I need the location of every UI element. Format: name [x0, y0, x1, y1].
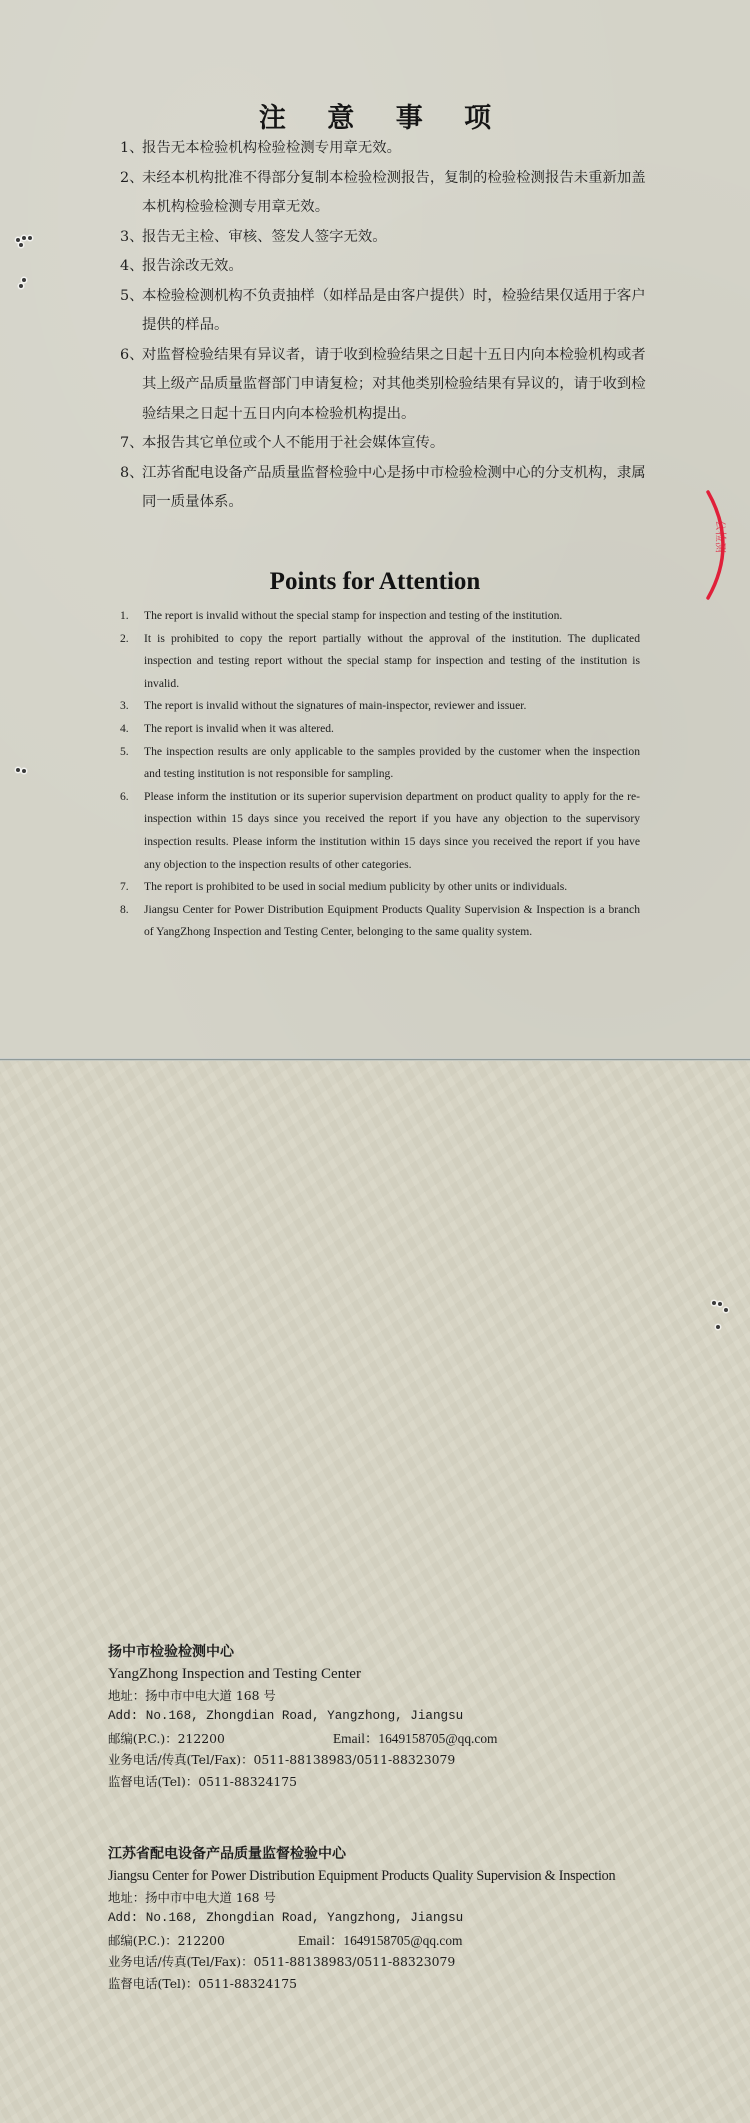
address-cn: 地址：扬中市中电大道 168 号 [108, 1887, 728, 1908]
notice-item-cn: 5、本检验检测机构不负责抽样（如样品是由客户提供）时，检验结果仅适用于客户提供的… [120, 282, 650, 341]
notice-item-cn: 7、本报告其它单位或个人不能用于社会媒体宣传。 [120, 429, 650, 459]
item-text: Jiangsu Center for Power Distribution Eq… [144, 903, 640, 939]
item-text: The report is invalid without the signat… [144, 699, 526, 712]
item-text: 报告无本检验机构检验检测专用章无效。 [142, 140, 401, 156]
item-text: The inspection results are only applicab… [144, 745, 640, 781]
address-en: Add: No.168, Zhongdian Road, Yangzhong, … [108, 1706, 728, 1727]
address-en: Add: No.168, Zhongdian Road, Yangzhong, … [108, 1908, 728, 1929]
supervision-tel: 监督电话(Tel)：0511-88324175 [108, 1771, 728, 1792]
contact-block-yangzhong: 扬中市检验检测中心 YangZhong Inspection and Testi… [108, 1641, 728, 1792]
postcode-email-row: 邮编(P.C.)：212200 Email：1649158705@qq.com [108, 1728, 728, 1749]
item-number: 7. [120, 876, 129, 899]
notice-item-en: 8.Jiangsu Center for Power Distribution … [120, 899, 640, 944]
supervision-tel: 监督电话(Tel)：0511-88324175 [108, 1973, 728, 1994]
item-number: 6. [120, 786, 129, 809]
item-number: 5、 [120, 282, 144, 312]
item-number: 2、 [120, 164, 144, 194]
item-text: 江苏省配电设备产品质量监督检验中心是扬中市检验检测中心的分支机构，隶属同一质量体… [142, 465, 646, 511]
staple-hole-icon [12, 766, 34, 796]
notice-page: 注 意 事 项 1、报告无本检验机构检验检测专用章无效。 2、未经本机构批准不得… [0, 0, 750, 1058]
notice-list-cn: 1、报告无本检验机构检验检测专用章无效。 2、未经本机构批准不得部分复制本检验检… [120, 134, 650, 518]
notice-item-cn: 2、未经本机构批准不得部分复制本检验检测报告，复制的检验检测报告未重新加盖本机构… [120, 164, 650, 223]
item-text: 未经本机构批准不得部分复制本检验检测报告，复制的检验检测报告未重新加盖本机构检验… [142, 170, 646, 216]
postcode: 邮编(P.C.)：212200 [108, 1731, 225, 1746]
item-number: 4. [120, 718, 129, 741]
notice-title-cn: 注 意 事 项 [0, 96, 750, 135]
contact-block-jiangsu: 江苏省配电设备产品质量监督检验中心 Jiangsu Center for Pow… [108, 1843, 728, 1994]
seal-text: 公检测 [714, 520, 728, 553]
notice-item-en: 6.Please inform the institution or its s… [120, 786, 640, 876]
item-text: 报告无主检、审核、签发人签字无效。 [142, 229, 387, 245]
item-number: 8、 [120, 459, 144, 489]
item-number: 3、 [120, 223, 144, 253]
item-text: 报告涂改无效。 [142, 258, 243, 274]
item-text: The report is prohibited to be used in s… [144, 880, 567, 893]
item-number: 4、 [120, 252, 144, 282]
item-text: 本报告其它单位或个人不能用于社会媒体宣传。 [142, 435, 444, 451]
item-number: 5. [120, 741, 129, 764]
notice-item-cn: 4、报告涂改无效。 [120, 252, 650, 282]
item-text: The report is invalid when it was altere… [144, 722, 334, 735]
tel-fax: 业务电话/传真(Tel/Fax)：0511-88138983/0511-8832… [108, 1951, 728, 1972]
org-name-cn: 江苏省配电设备产品质量监督检验中心 [108, 1843, 728, 1865]
item-text: It is prohibited to copy the report part… [144, 632, 640, 690]
item-number: 2. [120, 628, 129, 651]
item-text: Please inform the institution or its sup… [144, 790, 640, 871]
postcode-email-row: 邮编(P.C.)：212200 Email：1649158705@qq.com [108, 1930, 728, 1951]
staple-hole-icon [16, 276, 38, 306]
item-text: The report is invalid without the specia… [144, 609, 562, 622]
item-number: 1. [120, 605, 129, 628]
notice-item-cn: 1、报告无本检验机构检验检测专用章无效。 [120, 134, 650, 164]
postcode: 邮编(P.C.)：212200 [108, 1933, 225, 1948]
email-link[interactable]: Email：1649158705@qq.com [298, 1930, 462, 1951]
notice-item-en: 3.The report is invalid without the sign… [120, 695, 640, 718]
notice-title-en: Points for Attention [0, 568, 750, 596]
item-number: 8. [120, 899, 129, 922]
item-number: 7、 [120, 429, 144, 459]
notice-item-en: 2.It is prohibited to copy the report pa… [120, 628, 640, 696]
email-link[interactable]: Email：1649158705@qq.com [333, 1728, 497, 1749]
item-text: 对监督检验结果有异议者，请于收到检验结果之日起十五日内向本检验机构或者其上级产品… [142, 347, 646, 422]
item-number: 1、 [120, 134, 144, 164]
org-name-cn: 扬中市检验检测中心 [108, 1641, 728, 1663]
notice-item-en: 1.The report is invalid without the spec… [120, 605, 640, 628]
item-text: 本检验检测机构不负责抽样（如样品是由客户提供）时，检验结果仅适用于客户提供的样品… [142, 288, 646, 334]
notice-item-cn: 3、报告无主检、审核、签发人签字无效。 [120, 223, 650, 253]
notice-item-cn: 6、对监督检验结果有异议者，请于收到检验结果之日起十五日内向本检验机构或者其上级… [120, 341, 650, 430]
address-cn: 地址：扬中市中电大道 168 号 [108, 1685, 728, 1706]
org-name-en: YangZhong Inspection and Testing Center [108, 1663, 728, 1685]
staple-hole-icon [14, 236, 36, 266]
notice-item-en: 7.The report is prohibited to be used in… [120, 876, 640, 899]
staple-hole-icon [710, 1301, 732, 1331]
item-number: 3. [120, 695, 129, 718]
notice-list-en: 1.The report is invalid without the spec… [120, 605, 640, 944]
notice-item-en: 4.The report is invalid when it was alte… [120, 718, 640, 741]
notice-item-en: 5.The inspection results are only applic… [120, 741, 640, 786]
notice-item-cn: 8、江苏省配电设备产品质量监督检验中心是扬中市检验检测中心的分支机构，隶属同一质… [120, 459, 650, 518]
tel-fax: 业务电话/传真(Tel/Fax)：0511-88138983/0511-8832… [108, 1749, 728, 1770]
item-number: 6、 [120, 341, 144, 371]
org-name-en: Jiangsu Center for Power Distribution Eq… [108, 1865, 728, 1887]
